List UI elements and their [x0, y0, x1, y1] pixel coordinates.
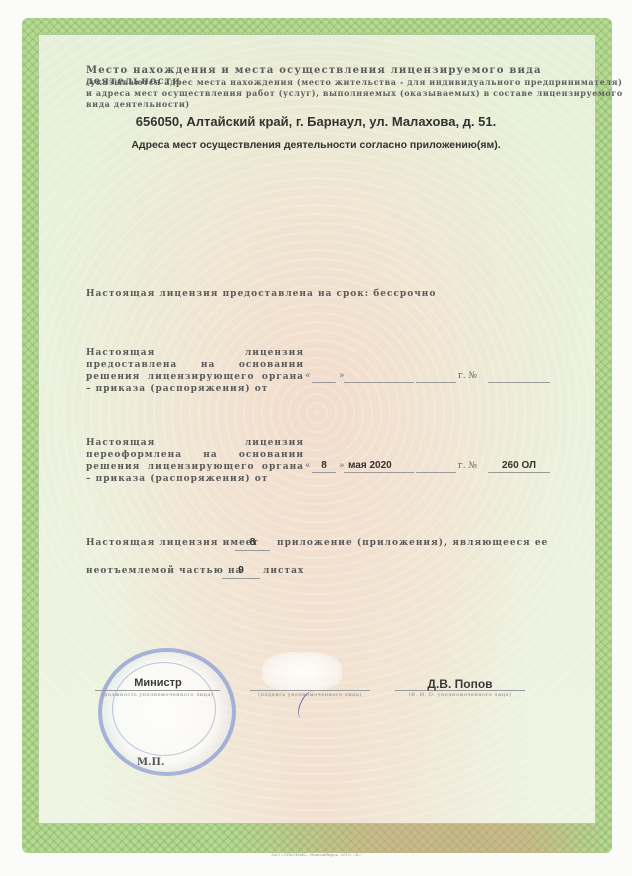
sheets-count-line: [222, 578, 260, 579]
license-term: Настоящая лицензия предоставлена на срок…: [86, 289, 436, 299]
reissued-number-line: [488, 472, 550, 473]
reissued-basis-text: Настоящая лицензия переоформлена на осно…: [86, 437, 304, 485]
signature-mark: [262, 652, 342, 692]
activity-places: Адреса мест осуществления деятельности с…: [0, 139, 632, 151]
reissued-no-label: г. №: [458, 461, 477, 471]
license-page: Место нахождения и места осуществления л…: [0, 0, 632, 876]
reissued-close-quote: »: [339, 461, 345, 471]
granted-basis-text: Настоящая лицензия предоставлена на осно…: [86, 347, 304, 395]
sheets-count: 9: [222, 565, 260, 576]
reissued-year-line: [416, 472, 456, 473]
signatory-name: Д.В. Попов: [400, 677, 520, 691]
reissued-month-year: мая 2020: [348, 460, 448, 471]
location-note-2: и адреса мест осуществления работ (услуг…: [86, 88, 623, 98]
sheets-suffix: листах: [263, 566, 304, 576]
location-note-3: вида деятельности): [86, 99, 190, 109]
main-address: 656050, Алтайский край, г. Барнаул, ул. …: [0, 114, 632, 129]
attachments-middle: приложение (приложения), являющееся ее: [277, 538, 548, 548]
granted-day-line: [312, 382, 336, 383]
stamp-place-label: М.П.: [137, 757, 164, 768]
granted-close-quote: »: [339, 371, 345, 381]
signatory-role: Министр: [108, 677, 208, 689]
reissued-day: 8: [312, 460, 336, 471]
role-line: [95, 690, 220, 691]
reissued-month-line: [344, 472, 414, 473]
granted-no-label: г. №: [458, 371, 477, 381]
role-caption: (должность уполномоченного лица): [95, 692, 220, 698]
name-caption: (Ф. И. О. уполномоченного лица): [395, 692, 525, 698]
border-tint: [22, 820, 612, 853]
reissued-number: 260 ОЛ: [488, 460, 550, 471]
location-note-1: (указываются адрес места нахождения (мес…: [86, 77, 623, 87]
granted-open-quote: «: [305, 371, 311, 381]
reissued-day-line: [312, 472, 336, 473]
sheets-prefix: неотъемлемой частью на: [86, 566, 242, 576]
printer-imprint: ЗАО «СИБЗНАК», Новосибирск, 2019, «Б»: [0, 852, 632, 857]
attachments-count: 8: [235, 537, 270, 548]
granted-year-line: [416, 382, 456, 383]
granted-number-line: [488, 382, 550, 383]
sign-caption: (подпись уполномоченного лица): [250, 692, 370, 698]
reissued-open-quote: «: [305, 461, 311, 471]
attachments-prefix: Настоящая лицензия имеет: [86, 538, 259, 548]
attachments-count-line: [235, 550, 270, 551]
sign-line: [250, 690, 370, 691]
granted-month-line: [344, 382, 414, 383]
